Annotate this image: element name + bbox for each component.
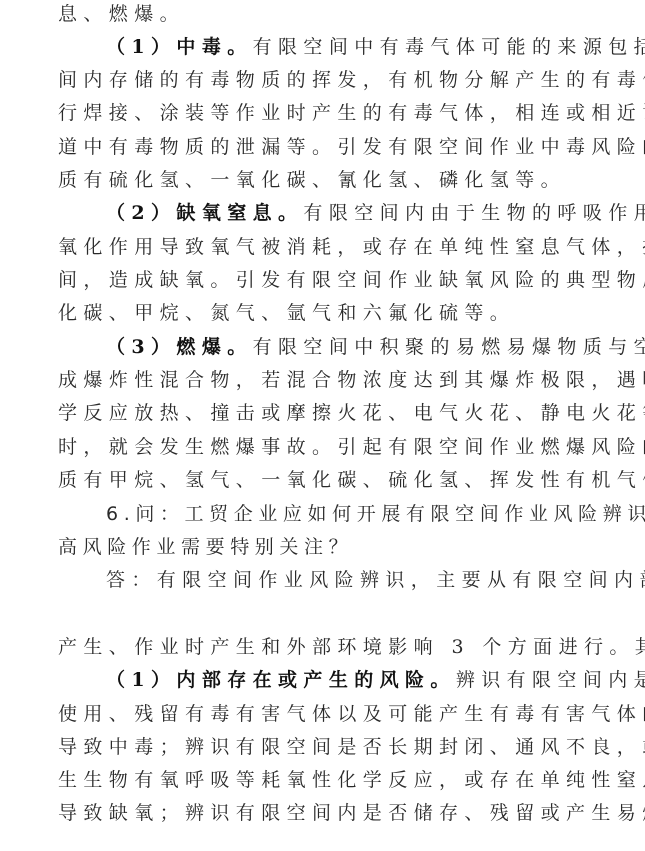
text-line: 道中有毒物质的泄漏等。引发有限空间作业中毒风险的典型物 xyxy=(58,134,598,160)
line-text: 成爆炸性混合物，若混合物浓度达到其爆炸极限，遇明火、化 xyxy=(58,369,645,391)
line-text: 息、燃爆。 xyxy=(58,3,185,25)
text-line: 高风险作业需要特别关注？ xyxy=(58,534,598,560)
line-text: 行焊接、涂装等作业时产生的有毒气体，相连或相近设备、管 xyxy=(58,102,645,124)
line-text: 生生物有氧呼吸等耗氧性化学反应，或存在单纯性窒息气体， xyxy=(58,769,645,791)
text-line: 氧化作用导致氧气被消耗，或存在单纯性窒息气体，排挤氧空 xyxy=(58,234,598,260)
text-line: 行焊接、涂装等作业时产生的有毒气体，相连或相近设备、管 xyxy=(58,100,598,126)
line-text: 学反应放热、撞击或摩擦火花、电气火花、静电火花等点火源 xyxy=(58,402,645,424)
text-line: 导致中毒；辨识有限空间是否长期封闭、通风不良，或内部发 xyxy=(58,734,598,760)
bold-heading: （1）内部存在或产生的风险。 xyxy=(106,669,456,691)
text-line: （2）缺氧窒息。有限空间内由于生物的呼吸作用或物质的 xyxy=(106,200,645,226)
line-text: 有限空间中积聚的易燃易爆物质与空气混合形 xyxy=(253,336,645,358)
bold-heading: （2）缺氧窒息。 xyxy=(106,202,303,224)
line-text: 产生、作业时产生和外部环境影响 3 个方面进行。其中： xyxy=(58,636,645,658)
text-line: 导致缺氧；辨识有限空间内是否储存、残留或产生易燃易爆气 xyxy=(58,800,598,826)
line-text: 道中有毒物质的泄漏等。引发有限空间作业中毒风险的典型物 xyxy=(58,136,645,158)
line-text: 导致中毒；辨识有限空间是否长期封闭、通风不良，或内部发 xyxy=(58,736,645,758)
line-text: 使用、残留有毒有害气体以及可能产生有毒有害气体的物质， xyxy=(58,703,645,725)
line-text: 化碳、甲烷、氮气、氩气和六氟化硫等。 xyxy=(58,302,515,324)
text-line: 间内存储的有毒物质的挥发，有机物分解产生的有毒气体，进 xyxy=(58,67,598,93)
text-line: （3）燃爆。有限空间中积聚的易燃易爆物质与空气混合形 xyxy=(106,334,645,360)
text-line: 间，造成缺氧。引发有限空间作业缺氧风险的典型物质有二氧 xyxy=(58,267,598,293)
text-line: 6.问：工贸企业应如何开展有限空间作业风险辨识？哪些 xyxy=(106,501,645,527)
line-text: 导致缺氧；辨识有限空间内是否储存、残留或产生易燃易爆气 xyxy=(58,802,645,824)
line-text: 质有硫化氢、一氧化碳、氰化氢、磷化氢等。 xyxy=(58,169,566,191)
line-text: 辨识有限空间内是否储存、 xyxy=(456,669,645,691)
text-line: 生生物有氧呼吸等耗氧性化学反应，或存在单纯性窒息气体， xyxy=(58,767,598,793)
line-text: 有限空间中有毒气体可能的来源包括：有限空 xyxy=(253,36,645,58)
line-text: 质有甲烷、氢气、一氧化碳、硫化氢、挥发性有机气体。 xyxy=(58,469,645,491)
bold-heading: （1）中毒。 xyxy=(106,36,253,58)
text-line: 时，就会发生燃爆事故。引起有限空间作业燃爆风险的典型物 xyxy=(58,434,598,460)
bold-heading: （3）燃爆。 xyxy=(106,336,253,358)
text-line: （1）中毒。有限空间中有毒气体可能的来源包括：有限空 xyxy=(106,34,645,60)
line-text: 6.问：工贸企业应如何开展有限空间作业风险辨识？哪些 xyxy=(106,503,645,525)
line-text: 时，就会发生燃爆事故。引起有限空间作业燃爆风险的典型物 xyxy=(58,436,645,458)
line-text: 有限空间内由于生物的呼吸作用或物质的 xyxy=(303,202,645,224)
text-line: 答：有限空间作业风险辨识，主要从有限空间内部存在或 xyxy=(106,567,645,593)
text-line: （1）内部存在或产生的风险。辨识有限空间内是否储存、 xyxy=(106,667,645,693)
text-line: 息、燃爆。 xyxy=(58,1,598,27)
text-line: 产生、作业时产生和外部环境影响 3 个方面进行。其中： xyxy=(58,634,598,660)
line-text: 间内存储的有毒物质的挥发，有机物分解产生的有毒气体，进 xyxy=(58,69,645,91)
line-text: 高风险作业需要特别关注？ xyxy=(58,536,353,558)
line-text: 氧化作用导致氧气被消耗，或存在单纯性窒息气体，排挤氧空 xyxy=(58,236,645,258)
line-text: 答：有限空间作业风险辨识，主要从有限空间内部存在或 xyxy=(106,569,645,591)
text-line: 使用、残留有毒有害气体以及可能产生有毒有害气体的物质， xyxy=(58,701,598,727)
text-line: 学反应放热、撞击或摩擦火花、电气火花、静电火花等点火源 xyxy=(58,400,598,426)
text-line: 质有甲烷、氢气、一氧化碳、硫化氢、挥发性有机气体。 xyxy=(58,467,598,493)
text-line: 化碳、甲烷、氮气、氩气和六氟化硫等。 xyxy=(58,300,598,326)
text-line: 质有硫化氢、一氧化碳、氰化氢、磷化氢等。 xyxy=(58,167,598,193)
line-text: 间，造成缺氧。引发有限空间作业缺氧风险的典型物质有二氧 xyxy=(58,269,645,291)
text-line: 成爆炸性混合物，若混合物浓度达到其爆炸极限，遇明火、化 xyxy=(58,367,598,393)
